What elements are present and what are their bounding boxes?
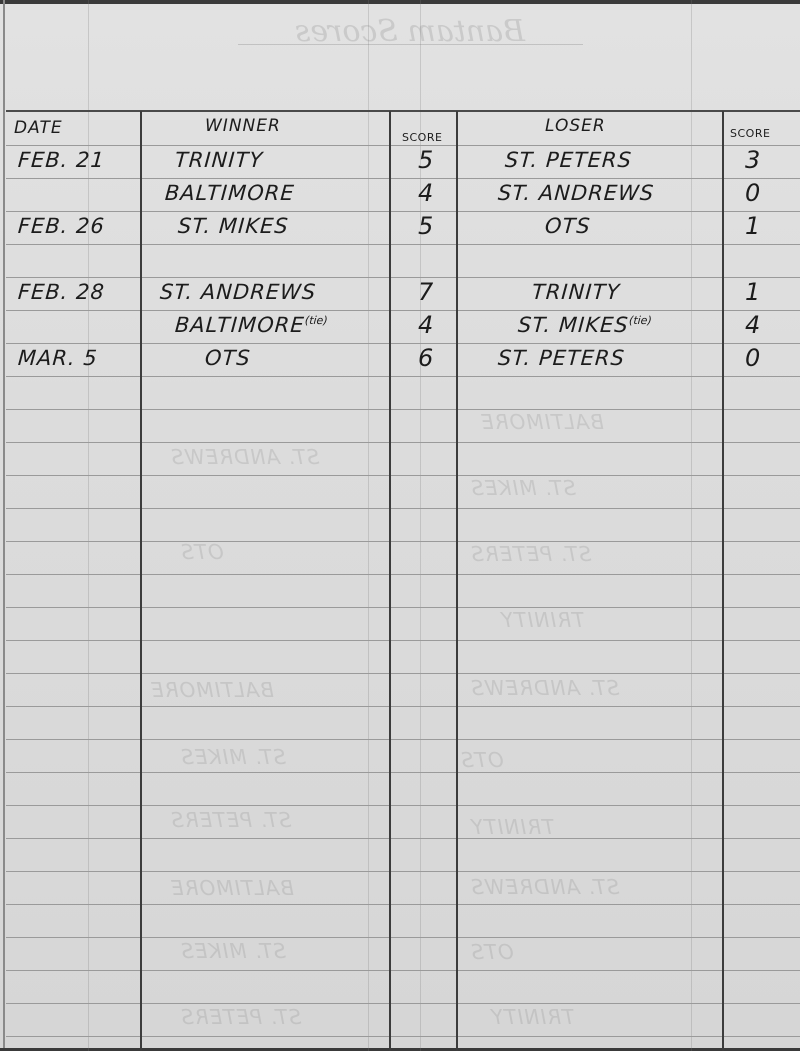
header-winner: Winner [205, 116, 281, 136]
cell-loser-score: 1 [745, 212, 761, 240]
cell-loser: St. Peters [504, 148, 633, 172]
bleed-through-word: TRINITY [500, 608, 584, 632]
header-date: Date [14, 118, 63, 138]
bleed-through-word: ST. PETERS [180, 1005, 301, 1029]
guide-line [368, 0, 369, 1051]
row-rule [6, 640, 800, 641]
cell-loser-score: 4 [745, 311, 761, 339]
cell-loser-score: 3 [745, 146, 761, 174]
row-rule [6, 244, 800, 245]
cell-date: Feb. 28 [17, 280, 106, 304]
bleed-through-word: BALTIMORE [170, 876, 294, 900]
row-rule [6, 838, 800, 839]
bleed-through-word: OTS [180, 540, 224, 564]
row-rule [6, 739, 800, 740]
row-rule [6, 937, 800, 938]
row-rule [6, 1036, 800, 1037]
column-divider-winner [389, 111, 391, 1051]
bleed-through-word: BALTIMORE [150, 678, 274, 702]
cell-loser-score: 0 [745, 179, 761, 207]
header-loser-score: Score [730, 127, 770, 140]
row-rule [6, 805, 800, 806]
bleed-through-word: ST. ANDREWS [470, 875, 619, 899]
cell-winner: Trinity [174, 148, 264, 172]
cell-winner-score: 6 [418, 344, 434, 372]
header-rule [6, 110, 800, 112]
cell-winner-score: 5 [418, 212, 434, 240]
header-loser: Loser [545, 116, 606, 136]
column-divider-loser [722, 111, 724, 1051]
row-rule [6, 343, 800, 344]
cell-loser-score: 0 [745, 344, 761, 372]
row-rule [6, 442, 800, 443]
cell-winner: OTS [204, 346, 251, 370]
guide-line [691, 0, 692, 1051]
bleed-through-word: ST. PETERS [170, 808, 291, 832]
cell-date: Feb. 26 [17, 214, 106, 238]
top-edge [0, 0, 800, 4]
row-rule [6, 871, 800, 872]
row-rule [6, 541, 800, 542]
bleed-through-word: BALTIMORE [480, 410, 604, 434]
cell-loser: St. Andrews [497, 181, 655, 205]
bleed-through-word: ST. PETERS [470, 542, 591, 566]
cell-winner-score: 7 [418, 278, 434, 306]
ledger-page: Bantam Scores BALTIMOREST. ANDREWSST. MI… [0, 0, 800, 1051]
bleed-through-word: TRINITY [490, 1005, 574, 1029]
row-rule [6, 673, 800, 674]
bleed-through-word: OTS [470, 940, 514, 964]
title-underline [238, 44, 583, 45]
row-rule [6, 904, 800, 905]
row-rule [6, 211, 800, 212]
row-rule [6, 1003, 800, 1004]
cell-winner: Baltimore(tie) [174, 313, 328, 337]
tie-note: (tie) [304, 314, 328, 327]
cell-winner: St. Mikes [177, 214, 289, 238]
header-winner-score: Score [402, 131, 442, 144]
cell-winner-score: 4 [418, 179, 434, 207]
row-rule [6, 178, 800, 179]
row-rule [6, 376, 800, 377]
bleed-through-word: ST. MIKES [180, 939, 286, 963]
column-divider-score [456, 111, 458, 1051]
bleed-through-word: TRINITY [470, 815, 554, 839]
bleed-through-word: ST. MIKES [470, 476, 576, 500]
row-rule [6, 475, 800, 476]
row-rule [6, 607, 800, 608]
bleed-through-word: ST. MIKES [180, 745, 286, 769]
cell-loser: OTS [544, 214, 591, 238]
bleed-through-word: ST. ANDREWS [470, 676, 619, 700]
cell-date: Mar. 5 [17, 346, 98, 370]
cell-loser-score: 1 [745, 278, 761, 306]
row-rule [6, 310, 800, 311]
row-rule [6, 508, 800, 509]
row-rule [6, 772, 800, 773]
row-rule [6, 409, 800, 410]
tie-note: (tie) [629, 314, 653, 327]
row-rule [6, 970, 800, 971]
cell-loser: St. Mikes(tie) [517, 313, 652, 337]
cell-date: Feb. 21 [17, 148, 106, 172]
bleed-through-word: ST. ANDREWS [170, 445, 319, 469]
binding-edge [3, 0, 5, 1051]
cell-winner: Baltimore [164, 181, 295, 205]
bleed-through-word: OTS [460, 748, 504, 772]
column-divider-date [140, 111, 142, 1051]
row-rule [6, 574, 800, 575]
cell-winner-score: 4 [418, 311, 434, 339]
row-rule [6, 145, 800, 146]
cell-loser: Trinity [531, 280, 621, 304]
cell-winner: St. Andrews [159, 280, 317, 304]
row-rule [6, 277, 800, 278]
cell-loser: St. Peters [497, 346, 626, 370]
row-rule [6, 706, 800, 707]
cell-winner-score: 5 [418, 146, 434, 174]
